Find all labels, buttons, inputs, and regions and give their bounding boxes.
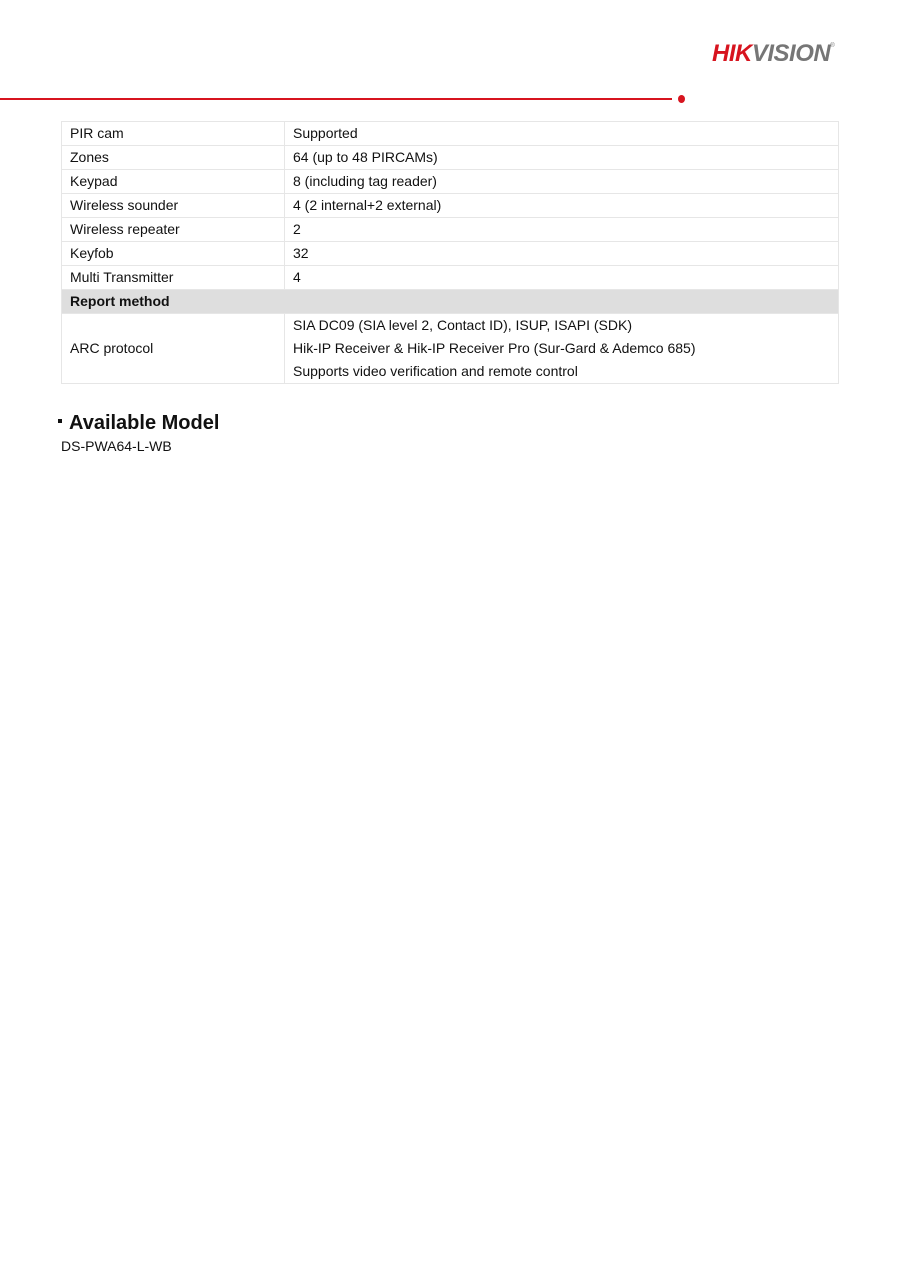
table-row: Keyfob32 [62, 242, 839, 266]
table-row: Wireless repeater2 [62, 218, 839, 242]
hikvision-logo: HIKVISION® [712, 40, 835, 68]
section-header: Report method [62, 290, 839, 314]
spec-label: ARC protocol [62, 314, 285, 384]
table-row: Multi Transmitter4 [62, 266, 839, 290]
logo-hik: HIK [712, 40, 752, 67]
model-number: DS-PWA64-L-WB [61, 438, 172, 454]
registered-mark: ® [830, 43, 834, 49]
spec-value: 8 (including tag reader) [285, 170, 839, 194]
available-model-title: Available Model [69, 412, 219, 434]
spec-table: PIR camSupportedZones64 (up to 48 PIRCAM… [61, 121, 839, 384]
table-row: Keypad8 (including tag reader) [62, 170, 839, 194]
spec-value: 2 [285, 218, 839, 242]
logo-vision: VISION [752, 40, 830, 67]
spec-value: 64 (up to 48 PIRCAMs) [285, 146, 839, 170]
table-row: ARC protocolSIA DC09 (SIA level 2, Conta… [62, 314, 839, 384]
spec-label: Wireless repeater [62, 218, 285, 242]
spec-value: Supported [285, 122, 839, 146]
header-rule-dot [678, 95, 685, 103]
spec-label: Wireless sounder [62, 194, 285, 218]
spec-label: PIR cam [62, 122, 285, 146]
section-row: Report method [62, 290, 839, 314]
spec-label: Zones [62, 146, 285, 170]
spec-label: Multi Transmitter [62, 266, 285, 290]
available-model-heading: Available Model [58, 412, 219, 435]
table-row: PIR camSupported [62, 122, 839, 146]
spec-value: SIA DC09 (SIA level 2, Contact ID), ISUP… [285, 314, 839, 384]
spec-value: 32 [285, 242, 839, 266]
table-row: Zones64 (up to 48 PIRCAMs) [62, 146, 839, 170]
spec-label: Keyfob [62, 242, 285, 266]
table-row: Wireless sounder4 (2 internal+2 external… [62, 194, 839, 218]
bullet-icon [58, 419, 62, 423]
spec-value: 4 (2 internal+2 external) [285, 194, 839, 218]
spec-label: Keypad [62, 170, 285, 194]
spec-value: 4 [285, 266, 839, 290]
header-rule [0, 98, 672, 100]
